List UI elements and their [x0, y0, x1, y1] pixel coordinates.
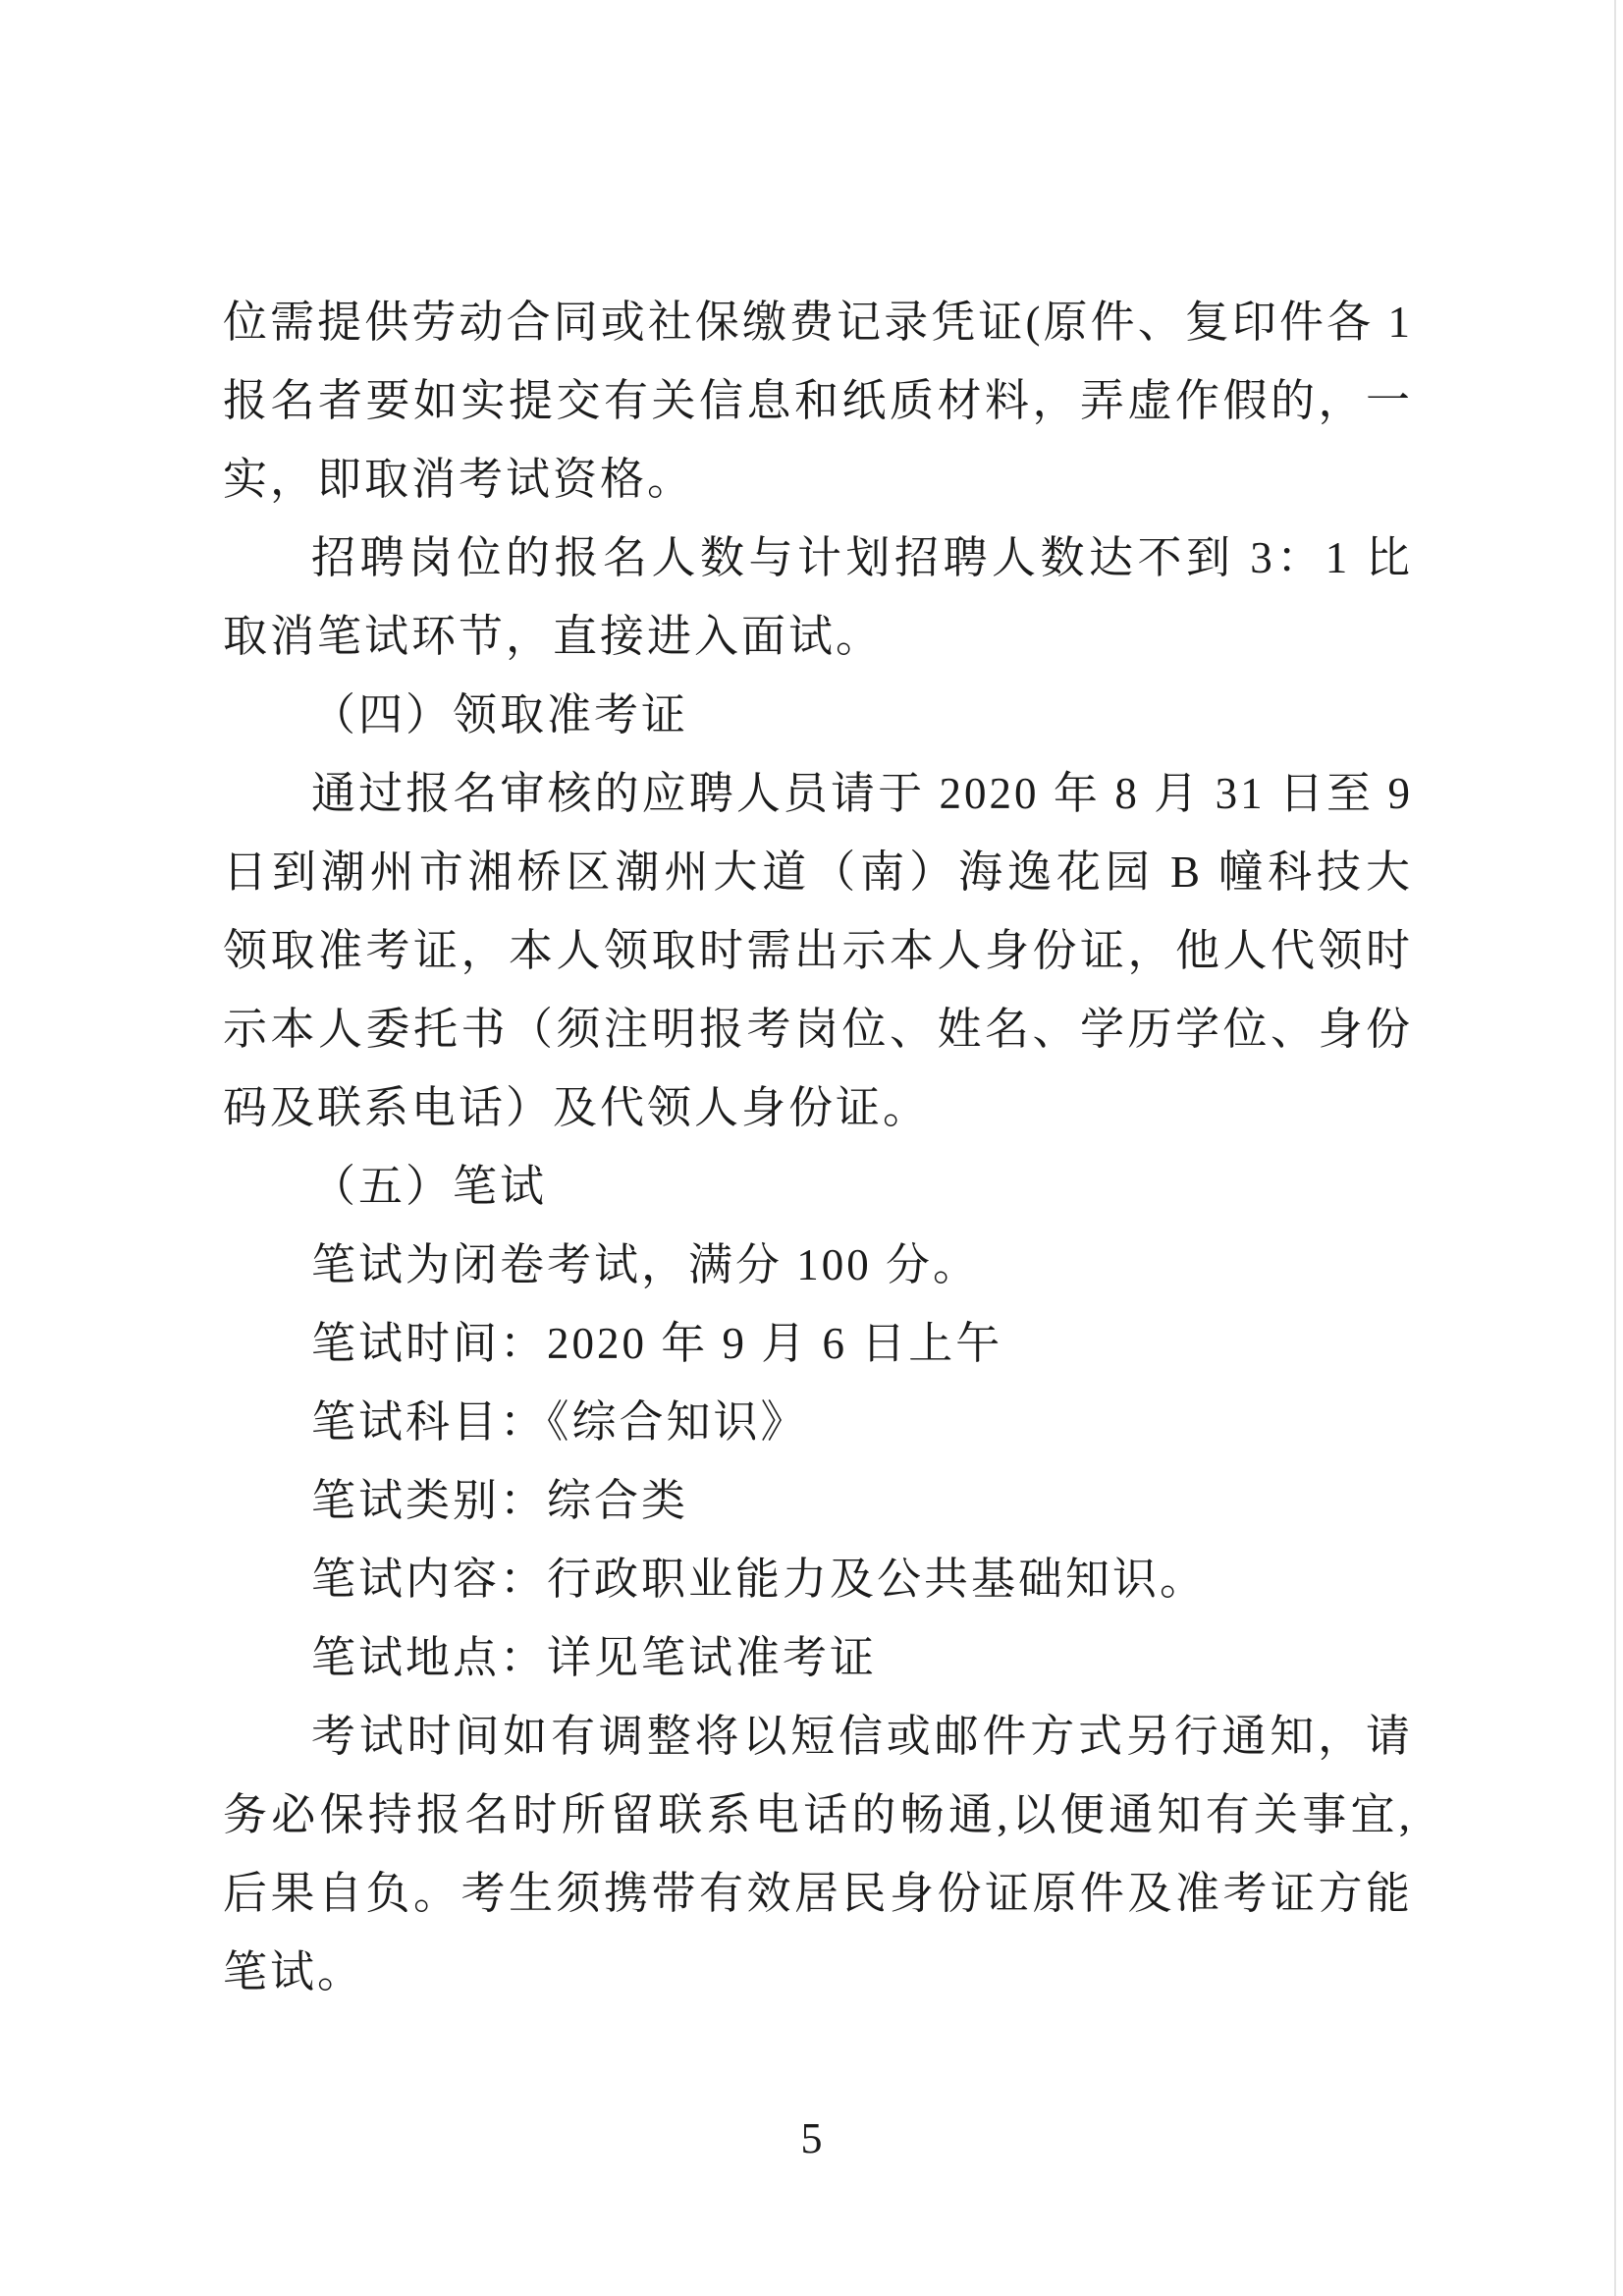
text-line: 日到潮州市湘桥区潮州大道（南）海逸花园 B 幢科技大楼二楼 — [223, 833, 1413, 911]
text-line: 笔试类别：综合类 — [223, 1461, 1413, 1540]
scan-edge-artifact — [1614, 0, 1616, 2296]
section-heading: （四）领取准考证 — [223, 676, 1413, 754]
text-line: 实，即取消考试资格。 — [223, 440, 1413, 519]
document-body: 位需提供劳动合同或社保缴费记录凭证(原件、复印件各 1 份)。 报名者要如实提交… — [223, 283, 1413, 2011]
text-line: 码及联系电话）及代领人身份证。 — [223, 1068, 1413, 1147]
text-line: 笔试地点：详见笔试准考证 — [223, 1618, 1413, 1697]
text-line: 笔试时间：2020 年 9 月 6 日上午 — [223, 1304, 1413, 1383]
section-heading: （五）笔试 — [223, 1147, 1413, 1226]
text-line: 招聘岗位的报名人数与计划招聘人数达不到 3：1 比例的， — [223, 519, 1413, 597]
document-page: 位需提供劳动合同或社保缴费记录凭证(原件、复印件各 1 份)。 报名者要如实提交… — [0, 0, 1623, 2296]
text-line: 考试时间如有调整将以短信或邮件方式另行通知，请考生 — [223, 1697, 1413, 1776]
text-line: 报名者要如实提交有关信息和纸质材料，弄虚作假的，一经查 — [223, 361, 1413, 440]
text-line: 笔试科目：《综合知识》 — [223, 1383, 1413, 1461]
text-line: 后果自负。考生须携带有效居民身份证原件及准考证方能参加 — [223, 1854, 1413, 1933]
text-line: 笔试。 — [223, 1933, 1413, 2011]
text-line: 笔试为闭卷考试，满分 100 分。 — [223, 1226, 1413, 1304]
text-line: 笔试内容：行政职业能力及公共基础知识。 — [223, 1540, 1413, 1618]
text-line: 示本人委托书（须注明报考岗位、姓名、学历学位、身份证号 — [223, 990, 1413, 1068]
text-line: 务必保持报名时所留联系电话的畅通,以便通知有关事宜,否则 — [223, 1776, 1413, 1854]
text-line: 位需提供劳动合同或社保缴费记录凭证(原件、复印件各 1 份)。 — [223, 283, 1413, 361]
text-line: 取消笔试环节，直接进入面试。 — [223, 597, 1413, 676]
text-line: 通过报名审核的应聘人员请于 2020 年 8 月 31 日至 9 月 2 — [223, 754, 1413, 833]
page-number: 5 — [0, 2109, 1623, 2168]
text-line: 领取准考证，本人领取时需出示本人身份证，他人代领时需出 — [223, 911, 1413, 990]
